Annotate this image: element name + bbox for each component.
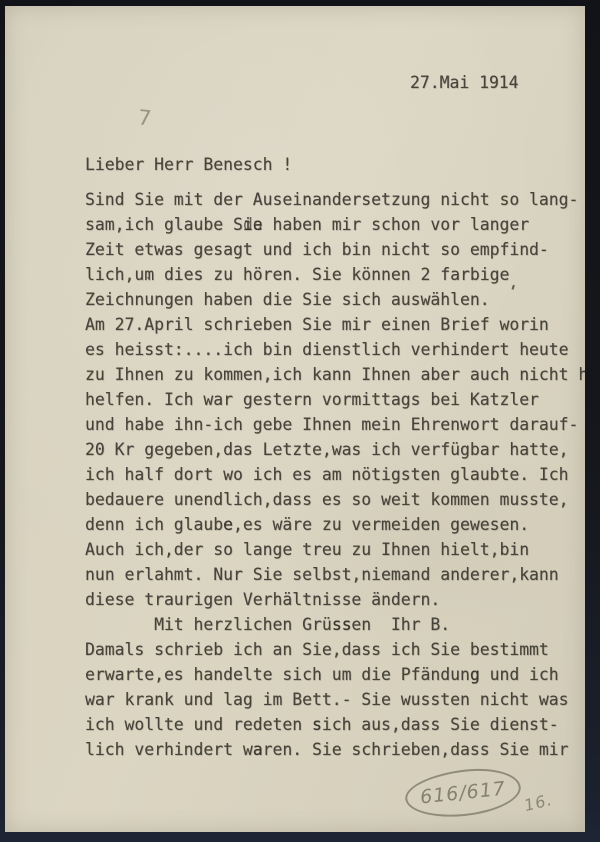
letter-body-line: sam,ich glaube Sie haben mir schon vor l… xyxy=(85,212,585,237)
letter-body-line: es heisst:....ich bin dienstlich verhind… xyxy=(85,337,585,362)
letter-salutation: Lieber Herr Benesch ! xyxy=(85,152,292,177)
letter-paper: 27.Mai 1914 Lieber Herr Benesch ! Sind S… xyxy=(5,6,585,832)
letter-body-line: bedauere unendlich,dass es so weit komme… xyxy=(85,487,585,512)
letter-body-line: Damals schrieb ich an Sie,dass ich Sie b… xyxy=(85,637,585,662)
letter-body-line: Sind Sie mit der Auseinandersetzung nich… xyxy=(85,187,585,212)
letter-body-line: 20 Kr gegeben,das Letzte,was ich verfügb… xyxy=(85,437,585,462)
letter-body-line: diese traurigen Verhältnisse ändern. xyxy=(85,587,585,612)
letter-body-line: Mit herzlichen Grüssen Ihr B. xyxy=(85,612,585,637)
letter-body-line: denn ich glaube,es wäre zu vermeiden gew… xyxy=(85,512,585,537)
letter-body-line: war krank und lag im Bett.- Sie wussten … xyxy=(85,687,585,712)
letter-body-line: nun erlahmt. Nur Sie selbst,niemand ande… xyxy=(85,562,585,587)
archive-number-circled: 616/617 xyxy=(403,764,523,822)
letter-body-line: Auch ich,der so lange treu zu Ihnen hiel… xyxy=(85,537,585,562)
letter-body-line: und habe ihn-ich gebe Ihnen mein Ehrenwo… xyxy=(85,412,585,437)
letter-body-line: lich,um dies zu hören. Sie können 2 farb… xyxy=(85,262,585,287)
letter-body-line: erwarte,es handelte sich um die Pfändung… xyxy=(85,662,585,687)
letter-body-line: helfen. Ich war gestern vormittags bei K… xyxy=(85,387,585,412)
letter-body-line: lich verhindert waren. Sie schrieben,das… xyxy=(85,737,585,762)
letter-body-line: Am 27.April schrieben Sie mir einen Brie… xyxy=(85,312,585,337)
letter-body-line: ich wollte und redeten sich aus,dass Sie… xyxy=(85,712,585,737)
letter-photograph: 27.Mai 1914 Lieber Herr Benesch ! Sind S… xyxy=(0,0,600,842)
handwritten-seven-mark: 7 xyxy=(137,105,153,130)
letter-body: Sind Sie mit der Auseinandersetzung nich… xyxy=(85,187,585,762)
letter-body-line: Zeichnungen haben die Sie sich auswählen… xyxy=(85,287,585,312)
letter-body-line: Zeit etwas gesagt und ich bin nicht so e… xyxy=(85,237,585,262)
letter-date: 27.Mai 1914 xyxy=(410,70,519,95)
letter-body-line: zu Ihnen zu kommen,ich kann Ihnen aber a… xyxy=(85,362,585,387)
letter-body-line: ich half dort wo ich es am nötigsten gla… xyxy=(85,462,585,487)
pencil-page-number: 16. xyxy=(522,790,554,815)
